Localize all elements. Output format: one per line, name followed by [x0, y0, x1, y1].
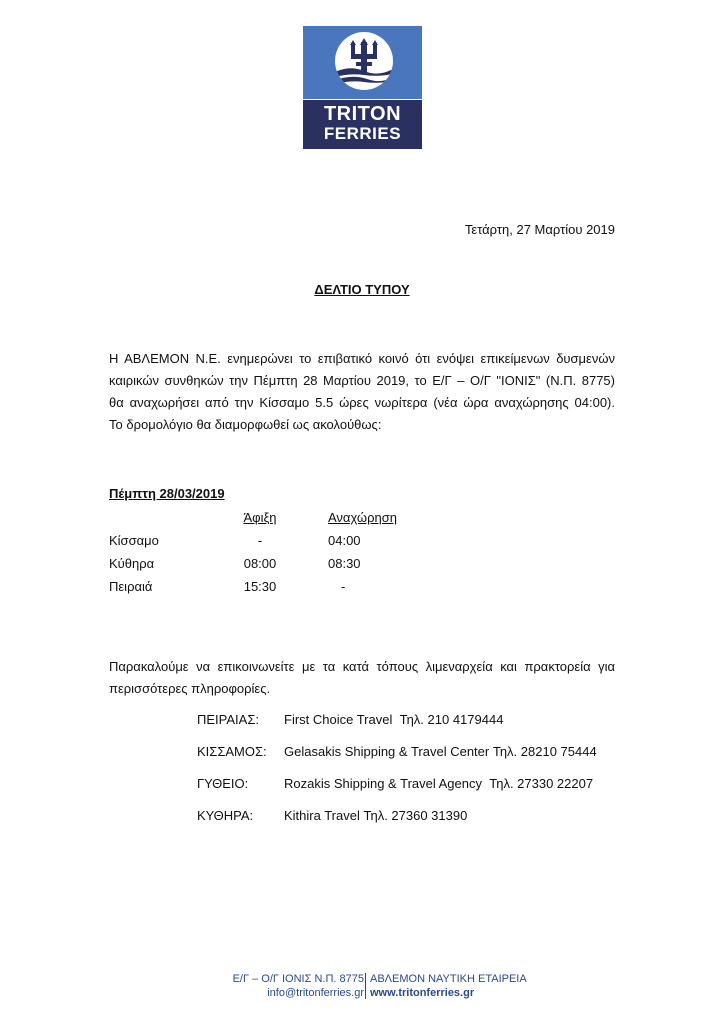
triton-ferries-logo: TRITON FERRIES [303, 26, 422, 149]
departure-time: 04:00 [328, 533, 361, 548]
departure-time: - [341, 579, 345, 594]
agency-details: Kithira Travel Τηλ. 27360 31390 [284, 808, 467, 823]
arrival-header: Άφιξη [240, 510, 280, 525]
paragraph-line: Η ΑΒΛΕΜΟΝ Ν.Ε. ενημερώνει το επιβατικό κ… [109, 348, 615, 370]
agency-place: ΚΥΘΗΡΑ: [197, 808, 253, 823]
paragraph-line: θα αναχωρήσει από την Κίσσαμο 5.5 ώρες ν… [109, 392, 615, 414]
port-name: Πειραιά [109, 579, 152, 594]
logo-wordmark: TRITON FERRIES [303, 100, 422, 149]
port-name: Κίσσαμο [109, 533, 159, 548]
footer-right: ΑΒΛΕΜΟΝ ΝΑΥΤΙΚΗ ΕΤΑΙΡΕΙΑ www.tritonferri… [370, 972, 527, 1000]
document-date: Τετάρτη, 27 Μαρτίου 2019 [465, 222, 615, 237]
footer-website-link[interactable]: www.tritonferries.gr [370, 986, 527, 1000]
trident-wave-icon [335, 32, 393, 90]
footer-company: ΑΒΛΕΜΟΝ ΝΑΥΤΙΚΗ ΕΤΑΙΡΕΙΑ [370, 972, 527, 986]
agency-place: ΚΙΣΣΑΜΟΣ: [197, 744, 267, 759]
arrival-time: - [240, 533, 280, 548]
paragraph-line: καιρικών συνθηκών την Πέμπτη 28 Μαρτίου … [109, 370, 615, 392]
arrival-time: 08:00 [240, 556, 280, 571]
contact-intro: Παρακαλούμε να επικοινωνείτε με τα κατά … [109, 656, 615, 700]
port-name: Κύθηρα [109, 556, 154, 571]
footer-vessel: Ε/Γ – Ο/Γ ΙΟΝΙΣ Ν.Π. 8775 [233, 972, 364, 986]
contact-intro-line: Παρακαλούμε να επικοινωνείτε με τα κατά … [109, 656, 615, 678]
footer-left: Ε/Γ – Ο/Γ ΙΟΝΙΣ Ν.Π. 8775 info@tritonfer… [233, 972, 364, 1000]
logo-line2: FERRIES [303, 125, 422, 143]
agency-place: ΠΕΙΡΑΙΑΣ: [197, 712, 259, 727]
contact-intro-line: περισσότερες πληροφορίες. [109, 678, 615, 700]
paragraph-line: Το δρομολόγιο θα διαμορφωθεί ως ακολούθω… [109, 414, 615, 436]
agency-details: First Choice Travel Τηλ. 210 4179444 [284, 712, 503, 727]
agency-place: ΓΥΘΕΙΟ: [197, 776, 248, 791]
agency-details: Rozakis Shipping & Travel Agency Τηλ. 27… [284, 776, 593, 791]
footer-email-link[interactable]: info@tritonferries.gr [233, 986, 364, 1000]
logo-emblem-panel [303, 26, 422, 99]
document-title: ΔΕΛΤΙΟ ΤΥΠΟΥ [0, 282, 724, 297]
departure-header: Αναχώρηση [328, 510, 397, 525]
arrival-time: 15:30 [240, 579, 280, 594]
departure-time: 08:30 [328, 556, 361, 571]
footer-divider [365, 973, 366, 999]
announcement-paragraph: Η ΑΒΛΕΜΟΝ Ν.Ε. ενημερώνει το επιβατικό κ… [109, 348, 615, 436]
logo-line1: TRITON [303, 100, 422, 125]
agency-details: Gelasakis Shipping & Travel Center Τηλ. … [284, 744, 597, 759]
schedule-date-heading: Πέμπτη 28/03/2019 [109, 486, 225, 501]
